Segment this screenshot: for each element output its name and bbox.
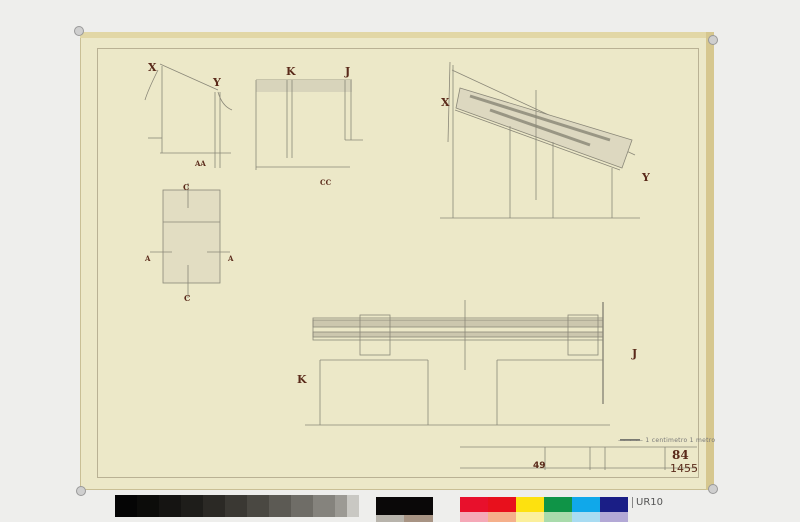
gray-patch	[181, 495, 203, 517]
section-mark-a-right: A	[228, 253, 233, 264]
scale-note: ———— 1 centimetro 1 metro	[618, 437, 715, 444]
color-patch-red2	[488, 497, 516, 512]
label-k: K	[286, 66, 296, 77]
gray-patch	[159, 495, 181, 517]
color-target-grayscale	[115, 495, 359, 522]
section-mark-a-left: A	[145, 253, 150, 264]
color-patch-yellow	[516, 497, 544, 512]
gray-patch	[115, 495, 137, 517]
drawing-code: 84	[672, 448, 689, 462]
gray-patch	[291, 495, 313, 517]
color-patch-light-cyan	[572, 512, 600, 522]
label-y-detail: Y	[642, 172, 650, 183]
drawing-number: 1455	[670, 462, 698, 475]
label-j-detail: J	[632, 348, 637, 359]
color-patch-light-green	[544, 512, 572, 522]
color-patch-pink	[460, 512, 488, 522]
gray-patch	[247, 495, 269, 517]
gray-patch	[313, 495, 335, 517]
sheet-number: 49	[533, 461, 546, 471]
gray-patch	[137, 495, 159, 517]
section-mark-c-bottom: C	[184, 293, 190, 304]
section-title-cc: CC	[320, 177, 331, 188]
gray-patch	[203, 495, 225, 517]
color-patch-blue	[600, 497, 628, 512]
gray-patch-light	[376, 515, 404, 522]
black-patch	[376, 497, 433, 515]
color-patch-red	[460, 497, 488, 512]
color-patch-peach	[488, 512, 516, 522]
label-x-detail: X	[441, 97, 450, 108]
color-patch-green	[544, 497, 572, 512]
gray-patch	[347, 495, 359, 517]
color-patch-light-yellow	[516, 512, 544, 522]
reference-label: UR10	[632, 497, 663, 508]
label-x: X	[148, 62, 157, 73]
gray-patch	[269, 495, 291, 517]
label-j: J	[345, 66, 350, 77]
gray-patch	[225, 495, 247, 517]
label-y: Y	[213, 77, 221, 88]
label-k-detail: K	[297, 374, 307, 385]
section-title-aa: AA	[195, 158, 206, 169]
brown-patch	[404, 515, 433, 522]
section-mark-c-top: C	[183, 182, 189, 193]
color-patch-lavender	[600, 512, 628, 522]
gray-patch	[335, 495, 347, 517]
color-patch-cyan	[572, 497, 600, 512]
